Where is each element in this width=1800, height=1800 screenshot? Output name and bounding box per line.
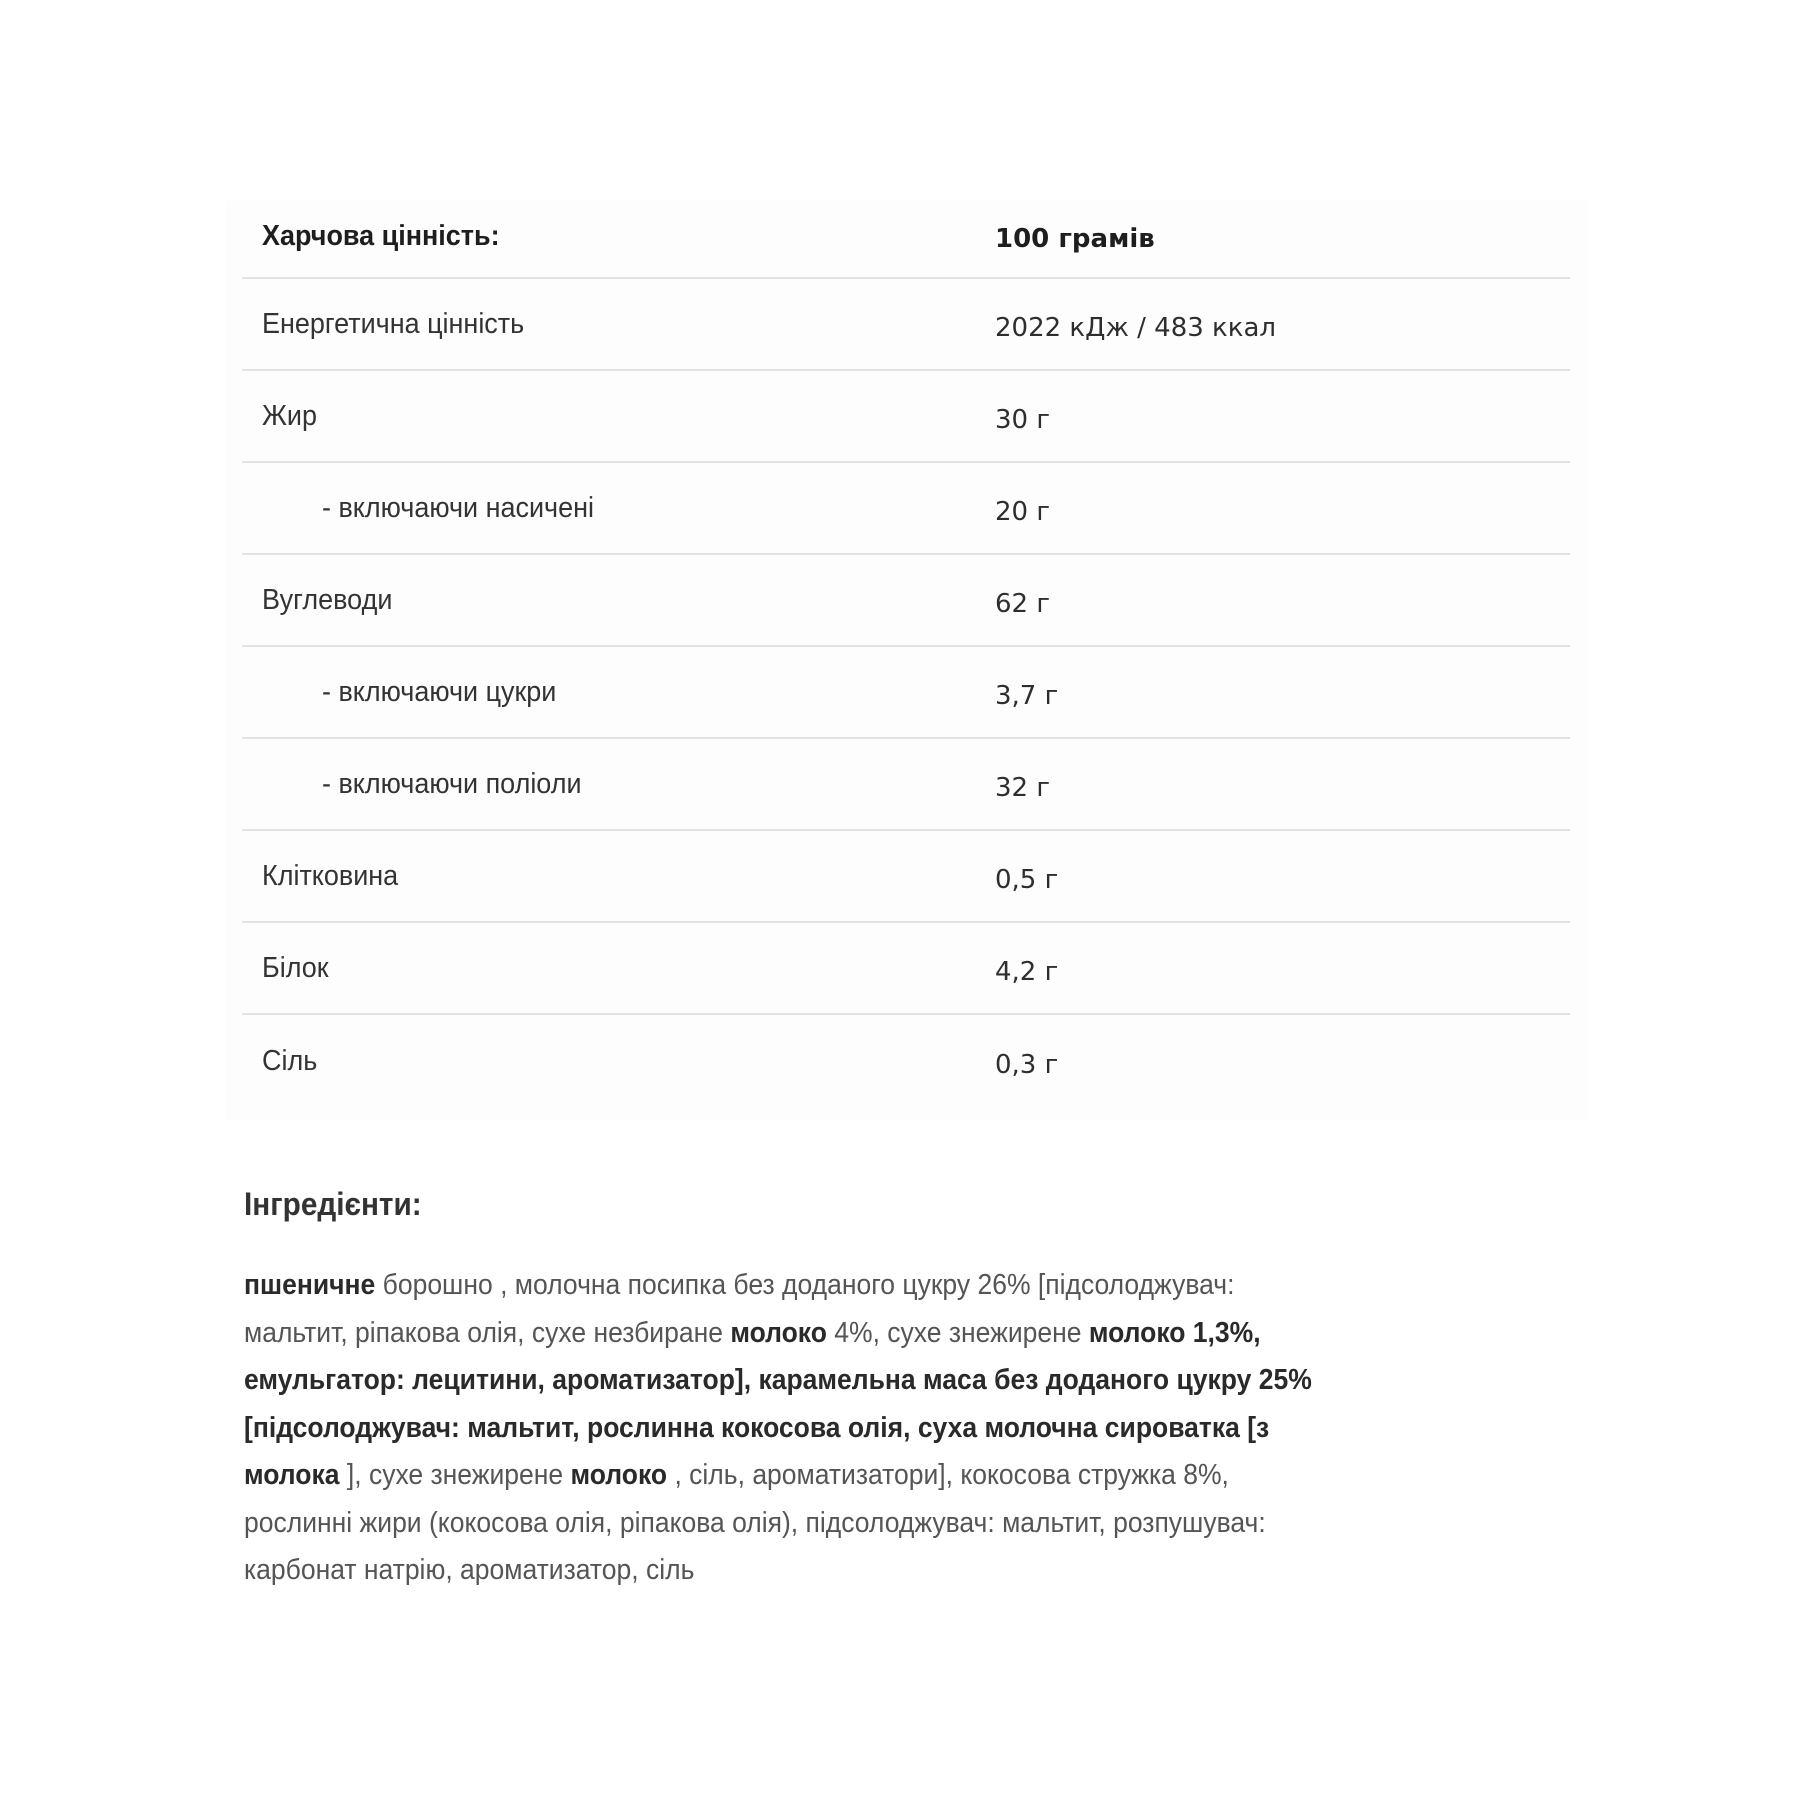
ingredient-text: карбонат натрію, ароматизатор, сіль	[244, 1554, 694, 1586]
nutrition-table: Харчова цінність: 100 грамів Енергетична…	[242, 200, 1570, 1107]
ingredient-text: ], сухе знежирене	[339, 1459, 570, 1491]
table-row: Клітковина0,5 г	[242, 831, 1570, 923]
nutrient-value: 4,2 г	[995, 927, 1058, 1017]
nutrient-value: 0,5 г	[995, 835, 1058, 925]
header-value: 100 грамів	[995, 200, 1155, 277]
nutrient-label: - включаючи насичені	[322, 463, 594, 553]
ingredient-text: мальтит, ріпакова олія, сухе незбиране	[244, 1317, 730, 1349]
nutrient-value: 30 г	[995, 375, 1050, 465]
ingredient-highlight: емульгатор: лецитини, ароматизатор], кар…	[244, 1364, 1312, 1396]
table-row: Білок4,2 г	[242, 923, 1570, 1015]
ingredient-text: борошно , молочна посипка без доданого ц…	[375, 1269, 1234, 1301]
ingredients-title: Інгредієнти:	[244, 1186, 422, 1223]
ingredients-text: пшеничне борошно , молочна посипка без д…	[244, 1262, 1546, 1595]
table-row: Жир30 г	[242, 371, 1570, 463]
nutrient-label: Вуглеводи	[262, 555, 392, 645]
ingredients-line: емульгатор: лецитини, ароматизатор], кар…	[244, 1357, 1546, 1405]
header-label: Харчова цінність:	[262, 198, 500, 275]
ingredients-line: молока ], сухе знежирене молоко , сіль, …	[244, 1452, 1546, 1500]
nutrient-label: Сіль	[262, 1015, 317, 1107]
table-row: - включаючи поліоли32 г	[242, 739, 1570, 831]
ingredients-line: мальтит, ріпакова олія, сухе незбиране м…	[244, 1310, 1546, 1358]
nutrient-label: Жир	[262, 371, 317, 461]
nutrient-value: 20 г	[995, 467, 1050, 557]
nutrient-value: 0,3 г	[995, 1019, 1058, 1111]
table-row: - включаючи цукри3,7 г	[242, 647, 1570, 739]
nutrient-label: Клітковина	[262, 831, 398, 921]
ingredient-highlight: пшеничне	[244, 1269, 375, 1301]
nutrient-value: 2022 кДж / 483 ккал	[995, 283, 1276, 373]
nutrient-label: Енергетична цінність	[262, 279, 524, 369]
ingredient-text: рослинні жири (кокосова олія, ріпакова о…	[244, 1507, 1266, 1539]
nutrient-label: - включаючи поліоли	[322, 739, 582, 829]
ingredients-line: пшеничне борошно , молочна посипка без д…	[244, 1262, 1546, 1310]
ingredient-highlight: [підсолоджувач: мальтит, рослинна кокосо…	[244, 1412, 1269, 1444]
ingredients-line: рослинні жири (кокосова олія, ріпакова о…	[244, 1500, 1546, 1548]
ingredient-text: 4%, сухе знежирене	[827, 1317, 1089, 1349]
nutrient-value: 62 г	[995, 559, 1050, 649]
ingredient-text: , сіль, ароматизатори], кокосова стружка…	[667, 1459, 1229, 1491]
ingredient-highlight: молоко	[571, 1459, 668, 1491]
nutrition-table-header: Харчова цінність: 100 грамів	[242, 200, 1570, 279]
table-row: Енергетична цінність2022 кДж / 483 ккал	[242, 279, 1570, 371]
ingredients-line: карбонат натрію, ароматизатор, сіль	[244, 1547, 1546, 1595]
nutrient-label: Білок	[262, 923, 329, 1013]
nutrient-value: 3,7 г	[995, 651, 1058, 741]
nutrient-value: 32 г	[995, 743, 1050, 833]
table-row: - включаючи насичені20 г	[242, 463, 1570, 555]
table-row: Сіль0,3 г	[242, 1015, 1570, 1107]
table-row: Вуглеводи62 г	[242, 555, 1570, 647]
ingredient-highlight: молока	[244, 1459, 339, 1491]
nutrient-label: - включаючи цукри	[322, 647, 556, 737]
nutrition-rows: Енергетична цінність2022 кДж / 483 ккалЖ…	[242, 279, 1570, 1107]
ingredient-highlight: молоко 1,3%,	[1089, 1317, 1261, 1349]
ingredients-line: [підсолоджувач: мальтит, рослинна кокосо…	[244, 1405, 1546, 1453]
ingredient-highlight: молоко	[730, 1317, 827, 1349]
